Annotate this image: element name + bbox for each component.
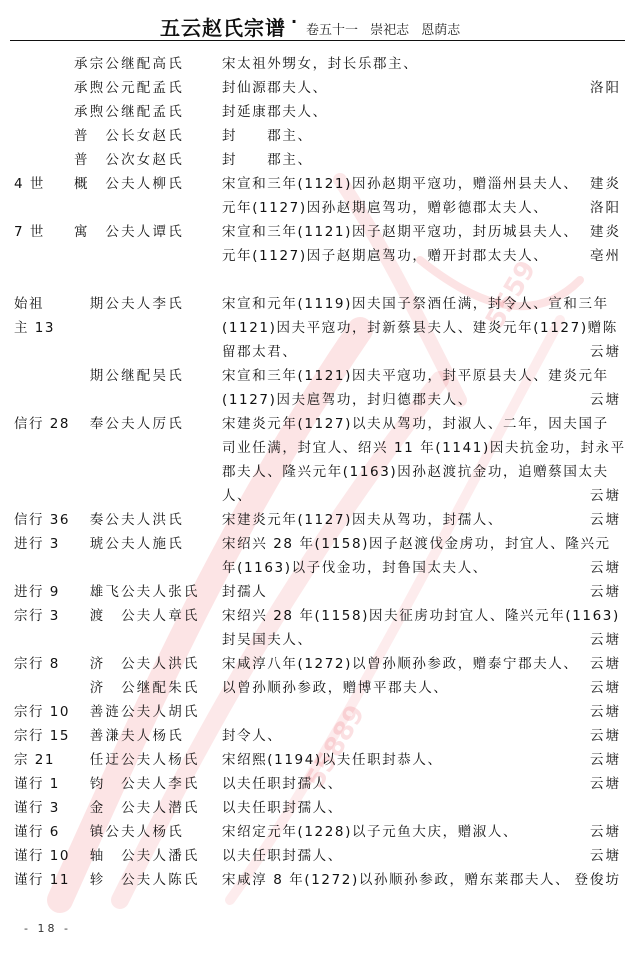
record-text: 封令人、 [222, 724, 282, 748]
record-row: 主 13(1121)因夫平寇功，封新蔡县夫人、建炎元年(1127)赠陈 [0, 316, 635, 340]
person-name: 济 公继配朱氏 [74, 676, 200, 700]
chapter-subtitle: 卷五十一 崇祀志 恩荫志 [306, 19, 460, 38]
record-text: 宋宣和三年(1121)因孙赵期平寇功，赠淄州县夫人、 [222, 172, 579, 196]
page-header: 五云赵氏宗谱 · 卷五十一 崇祀志 恩荫志 [0, 8, 635, 40]
generation-label: 宗行 8 [14, 652, 60, 676]
record-text: 年(1163)以子伐金功，封鲁国太夫人、 [222, 556, 488, 580]
place-label: 云塘 [590, 508, 621, 532]
record-row: 宗 21 任迂公夫人杨氏宋绍熙(1194)以夫任职封恭人、云塘 [0, 748, 635, 772]
generation-label: 宗 21 [14, 748, 55, 772]
person-name: 轴 公夫人潘氏 [74, 844, 200, 868]
record-text: 宋建炎元年(1127)因夫从驾功，封孺人、 [222, 508, 503, 532]
person-name: 钧 公夫人李氏 [74, 772, 200, 796]
header-rule [10, 40, 625, 41]
person-name: 期公继配吴氏 [74, 364, 184, 388]
person-name: 承煦公继配孟氏 [74, 100, 184, 124]
record-row: 承煦公元配孟氏封仙源郡夫人、洛阳 [0, 76, 635, 100]
person-name: 善溓夫人杨氏 [74, 724, 184, 748]
generation-label: 谨行 11 [14, 868, 70, 892]
record-text: 郡夫人、隆兴元年(1163)因孙赵渡抗金功，追赠蔡国太夫 [222, 460, 609, 484]
record-row: 期公继配吴氏宋宣和三年(1121)因夫平寇功，封平原县夫人、建炎元年 [0, 364, 635, 388]
record-row: 谨行 1 钧 公夫人李氏以夫任职封孺人、云塘 [0, 772, 635, 796]
record-row: 谨行 6 镇公夫人杨氏宋绍定元年(1228)以子元鱼大庆，赠淑人、云塘 [0, 820, 635, 844]
place-label: 云塘 [590, 580, 621, 604]
record-row: 进行 9 雄飞公夫人张氏封孺人云塘 [0, 580, 635, 604]
record-row: 宗行 10 善涟公夫人胡氏云塘 [0, 700, 635, 724]
record-row: 年(1163)以子伐金功，封鲁国太夫人、云塘 [0, 556, 635, 580]
record-row: 4 世概 公夫人柳氏宋宣和三年(1121)因孙赵期平寇功，赠淄州县夫人、建炎 [0, 172, 635, 196]
record-row: 留郡太君、云塘 [0, 340, 635, 364]
record-text: 封 郡主、 [222, 124, 313, 148]
record-row: 元年(1127)因子赵期扈驾功，赠开封郡太夫人、亳州 [0, 244, 635, 268]
person-name: 寓 公夫人谭氏 [74, 220, 184, 244]
generation-label: 进行 3 [14, 532, 60, 556]
record-row: 始祖 期公夫人李氏宋宣和元年(1119)因夫国子祭酒任满，封令人、宣和三年 [0, 292, 635, 316]
record-row: 司业任满，封宜人、绍兴 11 年(1141)因夫抗金功，封永平 [0, 436, 635, 460]
place-label: 云塘 [590, 700, 621, 724]
place-label: 建炎 [590, 220, 621, 244]
record-text: 元年(1127)因子赵期扈驾功，赠开封郡太夫人、 [222, 244, 548, 268]
record-row: 谨行 11 轸 公夫人陈氏宋咸淳 8 年(1272)以孙顺孙参政，赠东莱郡夫人、… [0, 868, 635, 892]
record-row: 信行 28 奉公夫人厉氏宋建炎元年(1127)以夫从驾功，封淑人、二年，因夫国子 [0, 412, 635, 436]
generation-label: 宗行 15 [14, 724, 70, 748]
place-label: 洛阳 [590, 76, 621, 100]
record-text: 封孺人 [222, 580, 267, 604]
place-label: 建炎 [590, 172, 621, 196]
book-title: 五云赵氏宗谱 [160, 12, 286, 41]
record-text: 宋宣和三年(1121)因夫平寇功，封平原县夫人、建炎元年 [222, 364, 609, 388]
record-row: 进行 3 琥公夫人施氏宋绍兴 28 年(1158)因子赵渡伐金虏功，封宜人、隆兴… [0, 532, 635, 556]
record-row: 济 公继配朱氏以曾孙顺孙参政，赠博平郡夫人、云塘 [0, 676, 635, 700]
record-row: 宗行 8 济 公夫人洪氏宋咸淳八年(1272)以曾孙顺孙参政，赠泰宁郡夫人、云塘 [0, 652, 635, 676]
record-text: 以夫任职封孺人、 [222, 772, 343, 796]
person-name: 概 公夫人柳氏 [74, 172, 184, 196]
person-name: 渡 公夫人章氏 [74, 604, 200, 628]
place-label: 云塘 [590, 772, 621, 796]
person-name: 琥公夫人施氏 [74, 532, 184, 556]
generation-label: 进行 9 [14, 580, 60, 604]
title-separator: · [291, 12, 297, 31]
place-label: 云塘 [590, 724, 621, 748]
record-row: 普 公长女赵氏封 郡主、 [0, 124, 635, 148]
record-text: 宋太祖外甥女，封长乐郡主、 [222, 52, 418, 76]
record-text: 宋咸淳 8 年(1272)以孙顺孙参政，赠东莱郡夫人、 [222, 868, 570, 892]
record-row: 封吴国夫人、云塘 [0, 628, 635, 652]
record-text: 宋咸淳八年(1272)以曾孙顺孙参政，赠泰宁郡夫人、 [222, 652, 579, 676]
place-label: 云塘 [590, 844, 621, 868]
person-name: 承煦公元配孟氏 [74, 76, 184, 100]
person-name: 济 公夫人洪氏 [74, 652, 200, 676]
record-row: 谨行 10 轴 公夫人潘氏以夫任职封孺人、云塘 [0, 844, 635, 868]
record-text: (1127)因夫扈驾功，封归德郡夫人、 [222, 388, 473, 412]
place-label: 云塘 [590, 628, 621, 652]
record-row: 普 公次女赵氏封 郡主、 [0, 148, 635, 172]
record-text: 宋建炎元年(1127)以夫从驾功，封淑人、二年，因夫国子 [222, 412, 609, 436]
place-label: 云塘 [590, 820, 621, 844]
record-text: 以夫任职封孺人、 [222, 796, 343, 820]
record-text: 宋绍熙(1194)以夫任职封恭人、 [222, 748, 443, 772]
record-text: 宋绍定元年(1228)以子元鱼大庆，赠淑人、 [222, 820, 518, 844]
person-name: 轸 公夫人陈氏 [74, 868, 200, 892]
generation-label: 宗行 10 [14, 700, 70, 724]
place-label: 云塘 [590, 652, 621, 676]
record-text: (1121)因夫平寇功，封新蔡县夫人、建炎元年(1127)赠陈 [222, 316, 618, 340]
record-row: 承宗公继配高氏宋太祖外甥女，封长乐郡主、 [0, 52, 635, 76]
generation-label: 4 世 [14, 172, 45, 196]
record-text: 封吴国夫人、 [222, 628, 313, 652]
place-label: 登俊坊 [575, 868, 622, 892]
person-name: 期公夫人李氏 [74, 292, 184, 316]
record-row: 宗行 15 善溓夫人杨氏封令人、云塘 [0, 724, 635, 748]
generation-label: 7 世 [14, 220, 45, 244]
record-text: 留郡太君、 [222, 340, 298, 364]
record-text: 宋宣和三年(1121)因子赵期平寇功，封历城县夫人、 [222, 220, 579, 244]
generation-label: 谨行 6 [14, 820, 60, 844]
person-name: 雄飞公夫人张氏 [74, 580, 200, 604]
person-name: 奏公夫人洪氏 [74, 508, 184, 532]
place-label: 云塘 [590, 484, 621, 508]
place-label: 云塘 [590, 748, 621, 772]
generation-label: 谨行 10 [14, 844, 70, 868]
person-name: 金 公夫人潜氏 [74, 796, 200, 820]
record-text: 元年(1127)因孙赵期扈驾功，赠彰德郡太夫人、 [222, 196, 548, 220]
person-name: 普 公长女赵氏 [74, 124, 184, 148]
record-text: 人、 [222, 484, 252, 508]
generation-label: 信行 36 [14, 508, 70, 532]
place-label: 洛阳 [590, 196, 621, 220]
record-text: 宋绍兴 28 年(1158)因夫征虏功封宜人、隆兴元年(1163) [222, 604, 620, 628]
record-row: 元年(1127)因孙赵期扈驾功，赠彰德郡太夫人、洛阳 [0, 196, 635, 220]
generation-label: 谨行 1 [14, 772, 60, 796]
record-text: 宋宣和元年(1119)因夫国子祭酒任满，封令人、宣和三年 [222, 292, 609, 316]
person-name: 任迂公夫人杨氏 [74, 748, 200, 772]
record-row: 7 世寓 公夫人谭氏宋宣和三年(1121)因子赵期平寇功，封历城县夫人、建炎 [0, 220, 635, 244]
generation-label: 宗行 3 [14, 604, 60, 628]
place-label: 亳州 [590, 244, 621, 268]
record-row: 宗行 3 渡 公夫人章氏宋绍兴 28 年(1158)因夫征虏功封宜人、隆兴元年(… [0, 604, 635, 628]
person-name: 善涟公夫人胡氏 [74, 700, 200, 724]
person-name: 普 公次女赵氏 [74, 148, 184, 172]
place-label: 云塘 [590, 388, 621, 412]
generation-label: 信行 28 [14, 412, 70, 436]
record-text: 封仙源郡夫人、 [222, 76, 328, 100]
record-text: 封 郡主、 [222, 148, 313, 172]
place-label: 云塘 [590, 556, 621, 580]
person-name: 镇公夫人杨氏 [74, 820, 184, 844]
person-name: 奉公夫人厉氏 [74, 412, 184, 436]
person-name: 承宗公继配高氏 [74, 52, 184, 76]
record-row: 郡夫人、隆兴元年(1163)因孙赵渡抗金功，追赠蔡国太夫 [0, 460, 635, 484]
record-text: 司业任满，封宜人、绍兴 11 年(1141)因夫抗金功，封永平 [222, 436, 626, 460]
record-row: 信行 36 奏公夫人洪氏宋建炎元年(1127)因夫从驾功，封孺人、云塘 [0, 508, 635, 532]
record-row: (1127)因夫扈驾功，封归德郡夫人、云塘 [0, 388, 635, 412]
generation-label: 谨行 3 [14, 796, 60, 820]
record-row: 承煦公继配孟氏封延康郡夫人、 [0, 100, 635, 124]
record-text: 以曾孙顺孙参政，赠博平郡夫人、 [222, 676, 449, 700]
record-text: 宋绍兴 28 年(1158)因子赵渡伐金虏功，封宜人、隆兴元 [222, 532, 611, 556]
record-row: 谨行 3 金 公夫人潜氏以夫任职封孺人、 [0, 796, 635, 820]
page-number: - 18 - [24, 922, 71, 935]
record-row: 人、云塘 [0, 484, 635, 508]
record-text: 以夫任职封孺人、 [222, 844, 343, 868]
generation-label: 始祖 [14, 292, 44, 316]
generation-label: 主 13 [14, 316, 55, 340]
place-label: 云塘 [590, 340, 621, 364]
record-text: 封延康郡夫人、 [222, 100, 328, 124]
place-label: 云塘 [590, 676, 621, 700]
